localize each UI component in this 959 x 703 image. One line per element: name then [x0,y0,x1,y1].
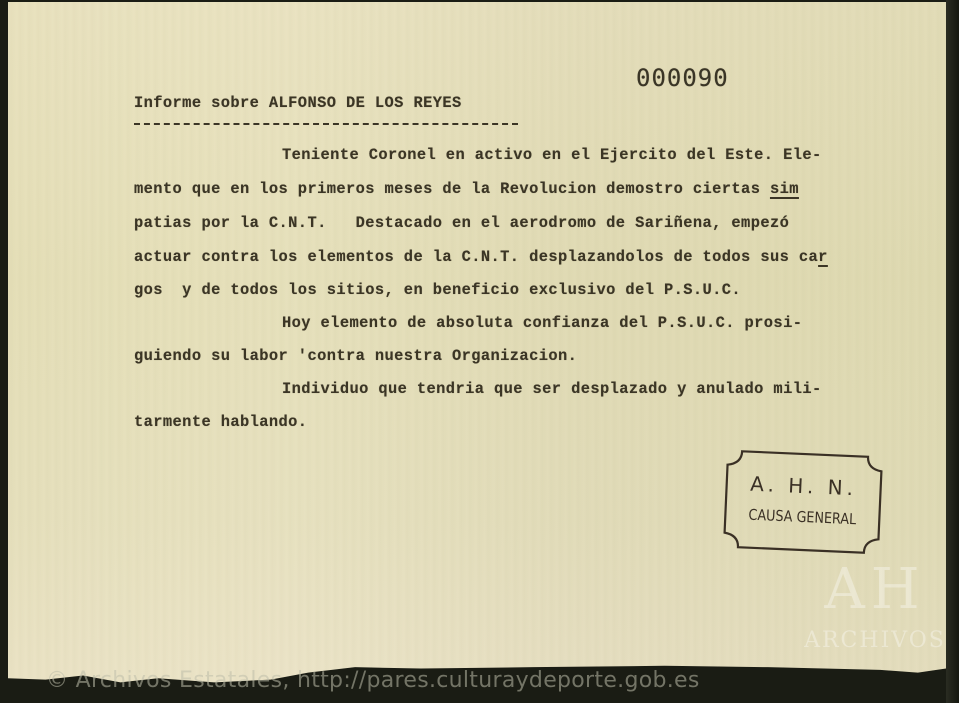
scan-edge [946,0,959,703]
scanned-document-viewer: 000090 Informe sobre ALFONSO DE LOS REYE… [0,0,959,703]
body-line-2-text: mento que en los primeros meses de la Re… [134,180,770,198]
body-line-6: Hoy elemento de absoluta confianza del P… [282,314,802,332]
watermark-logo-initials: AH [800,560,950,620]
body-line-5: gos y de todos los sitios, en beneficio … [134,281,741,299]
copyright-watermark: © Archivos Estatales, http://pares.cultu… [46,668,700,693]
body-line-4-underlined: r [818,248,828,266]
archive-stamp: A. H. N. CAUSA GENERAL [722,449,884,556]
title-underline [134,123,518,125]
body-line-7: guiendo su labor 'contra nuestra Organiz… [134,347,577,365]
body-line-9: tarmente hablando. [134,413,307,431]
watermark-logo-text: ARCHIVOS [800,628,950,653]
body-line-4-text: actuar contra los elementos de la C.N.T.… [134,248,818,266]
body-line-2-underlined: sim [770,180,799,198]
body-line-4: actuar contra los elementos de la C.N.T.… [134,248,828,266]
stamp-border-icon [722,449,884,556]
body-line-3: patias por la C.N.T. Destacado en el aer… [134,214,789,232]
body-line-8: Individuo que tendria que ser desplazado… [282,380,822,398]
body-line-1: Teniente Coronel en activo en el Ejercit… [282,146,822,164]
body-line-2: mento que en los primeros meses de la Re… [134,180,799,198]
document-title: Informe sobre ALFONSO DE LOS REYES [134,94,462,112]
archive-logo-watermark: AH ARCHIVOS [800,560,950,680]
document-number: 000090 [636,64,729,92]
